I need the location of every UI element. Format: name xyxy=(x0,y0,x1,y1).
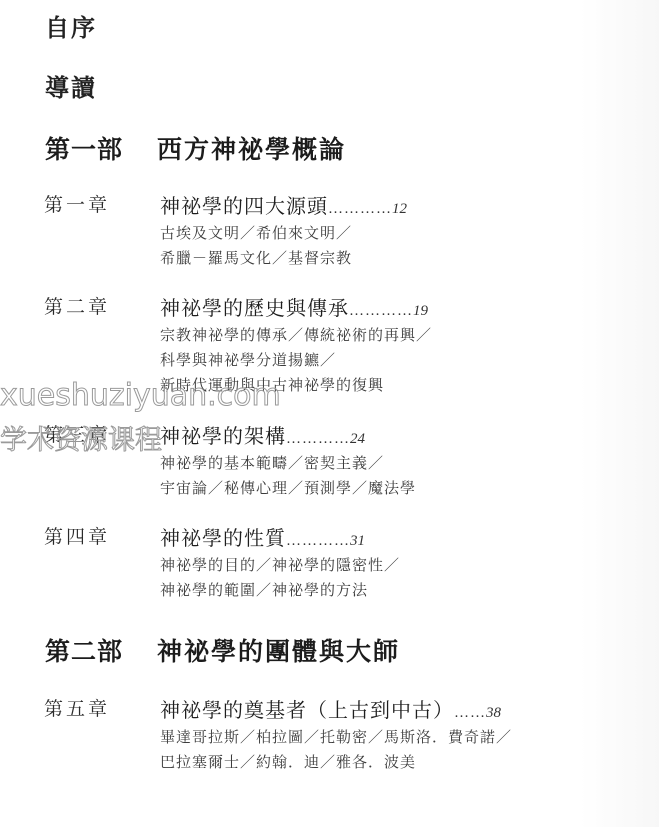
page-number: 12 xyxy=(392,201,407,217)
chapter-title-line: 神祕學的性質…………31 xyxy=(160,522,365,551)
page-number: 19 xyxy=(413,303,428,319)
chapter-title: 神祕學的歷史與傳承 xyxy=(160,296,349,320)
chapter-subtopics: 神祕學的目的／神祕學的隱密性／ xyxy=(160,554,400,575)
chapter-subtopics: 新時代運動與中古神祕學的復興 xyxy=(160,374,384,395)
dot-leader: ………… xyxy=(286,431,350,447)
chapter-subtopics: 古埃及文明／希伯來文明／ xyxy=(160,222,352,243)
part-number: 第一部 xyxy=(45,130,157,166)
toc-entry-preface: 自序 xyxy=(45,8,97,43)
chapter-number: 第一章 xyxy=(44,190,110,217)
page-number: 24 xyxy=(350,431,365,447)
chapter-title-line: 神祕學的奠基者（上古到中古）……38 xyxy=(160,694,501,723)
toc-page: 自序 導讀 第一部西方神祕學概論 第一章 神祕學的四大源頭…………12 古埃及文… xyxy=(0,0,659,827)
chapter-title: 神祕學的架構 xyxy=(160,424,286,448)
dot-leader: ………… xyxy=(349,303,413,319)
chapter-number: 第三章 xyxy=(44,420,110,447)
chapter-number: 第二章 xyxy=(44,292,110,319)
chapter-subtopics: 神祕學的範圍／神祕學的方法 xyxy=(160,579,368,600)
chapter-title: 神祕學的奠基者（上古到中古） xyxy=(160,698,454,722)
chapter-title-line: 神祕學的架構…………24 xyxy=(160,420,365,449)
dot-leader: ………… xyxy=(328,201,392,217)
part-title: 西方神祕學概論 xyxy=(157,135,346,164)
chapter-subtopics: 宇宙論／秘傳心理／預測學／魔法學 xyxy=(160,477,416,498)
chapter-title: 神祕學的四大源頭 xyxy=(160,194,328,218)
page-number: 31 xyxy=(350,533,365,549)
dot-leader: …… xyxy=(454,705,486,721)
part-number: 第二部 xyxy=(45,632,157,668)
toc-entry-introduction: 導讀 xyxy=(45,68,97,103)
chapter-subtopics: 神祕學的基本範疇／密契主義／ xyxy=(160,452,384,473)
page-number: 38 xyxy=(486,705,501,721)
dot-leader: ………… xyxy=(286,533,350,549)
chapter-subtopics: 畢達哥拉斯／柏拉圖／托勒密／馬斯洛．費奇諾／ xyxy=(160,726,512,747)
chapter-number: 第五章 xyxy=(44,694,110,721)
chapter-title-line: 神祕學的四大源頭…………12 xyxy=(160,190,407,219)
part-heading-2: 第二部神祕學的團體與大師 xyxy=(45,632,400,668)
chapter-subtopics: 宗教神祕學的傳承／傳統祕術的再興／ xyxy=(160,324,432,345)
chapter-number: 第四章 xyxy=(44,522,110,549)
chapter-subtopics: 科學與神祕學分道揚鑣／ xyxy=(160,349,336,370)
part-title: 神祕學的團體與大師 xyxy=(157,637,400,666)
chapter-subtopics: 巴拉塞爾士／約翰．迪／雅各．波美 xyxy=(160,751,416,772)
chapter-title: 神祕學的性質 xyxy=(160,526,286,550)
chapter-title-line: 神祕學的歷史與傳承…………19 xyxy=(160,292,428,321)
part-heading-1: 第一部西方神祕學概論 xyxy=(45,130,346,166)
chapter-subtopics: 希臘－羅馬文化／基督宗教 xyxy=(160,247,352,268)
